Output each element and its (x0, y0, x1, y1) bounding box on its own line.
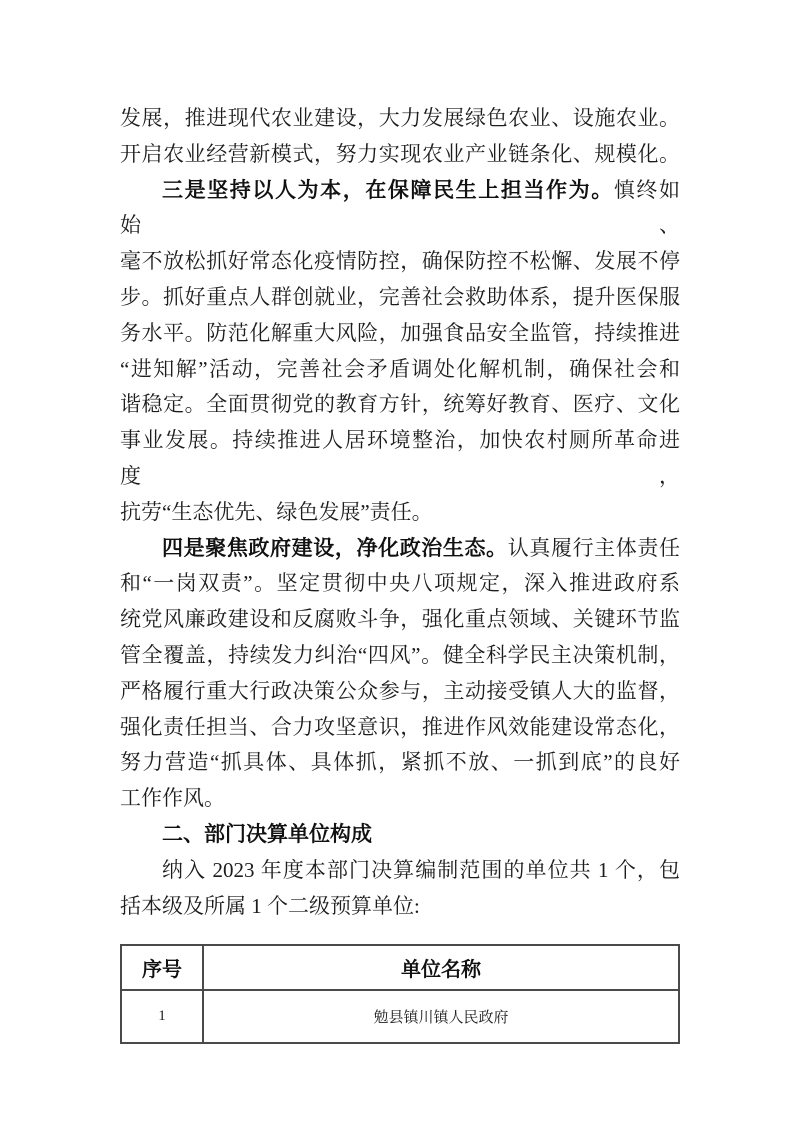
intro-line: 括本级及所属 1 个二级预算单位: (120, 889, 680, 925)
serial-header-cell: 序号 (121, 945, 203, 990)
body-text: 抗劳“生态优先、绿色发展”责任。 (120, 500, 433, 524)
body-line: 工作作风。 (120, 781, 680, 817)
body-text: 纳入 2023 年度本部门决算编制范围的单位共 1 个，包 (162, 858, 680, 882)
units-table: 序号 单位名称 1 勉县镇川镇人民政府 (120, 944, 680, 1044)
body-text: 毫不放松抓好常态化疫情防控，确保防控不松懈、发展不停 (120, 249, 680, 273)
body-line: 和“一岗双责”。坚定贯彻中央八项规定，深入推进政府系 (120, 566, 680, 602)
body-line: 严格履行重大行政决策公众参与，主动接受镇人大的监督， (120, 674, 680, 710)
body-line: 务水平。防范化解重大风险，加强食品安全监管，持续推进 (120, 316, 680, 352)
body-text: 发展，推进现代农业建设，大力发展绿色农业、设施农业。 (120, 106, 680, 130)
document-page: 发展，推进现代农业建设，大力发展绿色农业、设施农业。 开启农业经营新模式，努力实… (0, 0, 793, 1122)
bold-lead: 三是坚持以人为本，在保障民生上担当作为。 (162, 179, 614, 202)
serial-cell: 1 (121, 990, 203, 1043)
body-text: “进知解”活动，完善社会矛盾调处化解机制，确保社会和 (120, 357, 680, 381)
body-line: 事业发展。持续推进人居环境整治，加快农村厕所革命进度， (120, 423, 680, 495)
section-heading: 二、部门决算单位构成 (120, 817, 680, 853)
page-content: 发展，推进现代农业建设，大力发展绿色农业、设施农业。 开启农业经营新模式，努力实… (120, 101, 680, 1044)
body-line: 谐稳定。全面贯彻党的教育方针，统筹好教育、医疗、文化 (120, 387, 680, 423)
body-line: 管全覆盖，持续发力纠治“四风”。健全科学民主决策机制， (120, 638, 680, 674)
body-text: 谐稳定。全面贯彻党的教育方针，统筹好教育、医疗、文化 (120, 392, 680, 416)
body-line: 四是聚焦政府建设，净化政治生态。认真履行主体责任 (120, 531, 680, 567)
body-line: “进知解”活动，完善社会矛盾调处化解机制，确保社会和 (120, 352, 680, 388)
body-text: 认真履行主体责任 (508, 536, 680, 560)
body-text: 严格履行重大行政决策公众参与，主动接受镇人大的监督， (120, 679, 680, 703)
body-line: 步。抓好重点人群创就业，完善社会救助体系，提升医保服 (120, 280, 680, 316)
body-line: 抗劳“生态优先、绿色发展”责任。 (120, 495, 680, 531)
body-text: 开启农业经营新模式，努力实现农业产业链条化、规模化。 (120, 142, 680, 166)
body-text: 步。抓好重点人群创就业，完善社会救助体系，提升医保服 (120, 285, 680, 309)
body-text: 工作作风。 (120, 786, 225, 810)
body-line: 强化责任担当、合力攻坚意识，推进作风效能建设常态化， (120, 710, 680, 746)
body-line: 统党风廉政建设和反腐败斗争，强化重点领域、关键环节监 (120, 602, 680, 638)
units-table-header-row: 序号 单位名称 (121, 945, 679, 990)
body-text: 和“一岗双责”。坚定贯彻中央八项规定，深入推进政府系 (120, 571, 680, 595)
body-line: 三是坚持以人为本，在保障民生上担当作为。慎终如始、 (120, 173, 680, 245)
intro-line: 纳入 2023 年度本部门决算编制范围的单位共 1 个，包 (120, 853, 680, 889)
body-text: 括本级及所属 1 个二级预算单位: (120, 894, 420, 918)
table-row: 1 勉县镇川镇人民政府 (121, 990, 679, 1043)
body-line: 开启农业经营新模式，努力实现农业产业链条化、规模化。 (120, 137, 680, 173)
body-text: 务水平。防范化解重大风险，加强食品安全监管，持续推进 (120, 321, 680, 345)
body-line: 毫不放松抓好常态化疫情防控，确保防控不松懈、发展不停 (120, 244, 680, 280)
bold-lead: 四是聚焦政府建设，净化政治生态。 (162, 537, 508, 560)
body-text: 事业发展。持续推进人居环境整治，加快农村厕所革命进度， (120, 428, 680, 488)
body-line: 努力营造“抓具体、具体抓，紧抓不放、一抓到底”的良好 (120, 745, 680, 781)
body-text: 强化责任担当、合力攻坚意识，推进作风效能建设常态化， (120, 715, 680, 739)
body-line: 发展，推进现代农业建设，大力发展绿色农业、设施农业。 (120, 101, 680, 137)
body-text: 统党风廉政建设和反腐败斗争，强化重点领域、关键环节监 (120, 607, 680, 631)
unit-name-header-cell: 单位名称 (203, 945, 679, 990)
unit-name-cell: 勉县镇川镇人民政府 (203, 990, 679, 1043)
body-text: 努力营造“抓具体、具体抓，紧抓不放、一抓到底”的良好 (120, 750, 680, 774)
body-text: 管全覆盖，持续发力纠治“四风”。健全科学民主决策机制， (120, 643, 680, 667)
